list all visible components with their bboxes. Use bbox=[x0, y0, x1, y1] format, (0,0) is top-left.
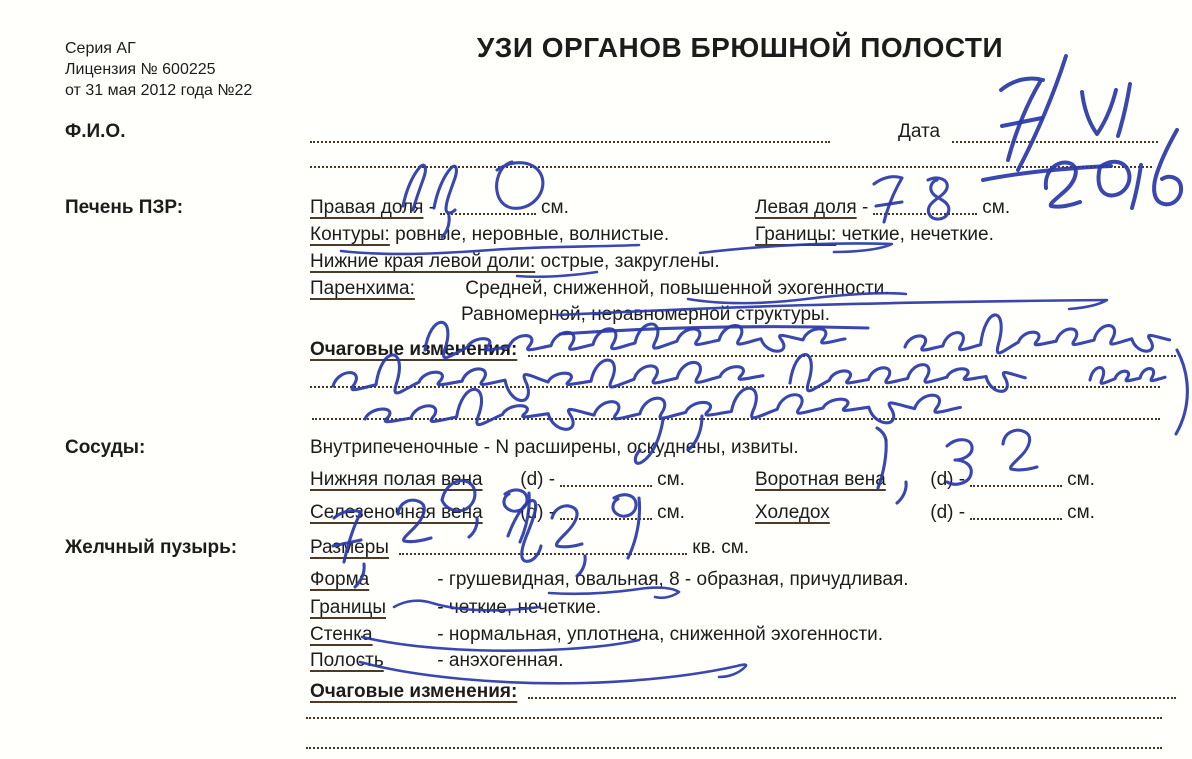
handwriting-date bbox=[983, 56, 1181, 208]
portal-fill bbox=[970, 470, 1062, 487]
choledoch-unit: см. bbox=[1067, 502, 1095, 523]
parenchyma-options-1: Средней, сниженной, повышенной эхогеннос… bbox=[465, 278, 889, 299]
gb-focal-fill-3 bbox=[306, 747, 1162, 749]
portal-vein-label: Воротная вена bbox=[755, 468, 925, 492]
field-gb-borders: Границы - четкие, нечеткие. bbox=[310, 596, 601, 620]
fio-label: Ф.И.О. bbox=[65, 120, 126, 144]
field-intrahepatic: Внутрипеченочные - N расширены, оскуднен… bbox=[310, 436, 799, 460]
right-lobe-label: Правая доля bbox=[310, 197, 423, 218]
contours-options: ровные, неровные, волнистые. bbox=[395, 224, 669, 245]
gb-shape-options: - грушевидная, овальная, 8 - образная, п… bbox=[437, 569, 908, 590]
parenchyma-label: Паренхима: bbox=[310, 277, 460, 301]
form-title: УЗИ ОРГАНОВ БРЮШНОЙ ПОЛОСТИ bbox=[440, 32, 1040, 64]
choledoch-label: Холедох bbox=[755, 501, 925, 525]
field-gb-shape: Форма - грушевидная, овальная, 8 - образ… bbox=[310, 568, 909, 592]
splenic-vein-label: Селезеночная вена bbox=[310, 501, 515, 525]
field-right-lobe: Правая доля -см. bbox=[310, 196, 569, 220]
choledoch-fill bbox=[970, 503, 1062, 520]
field-left-lobe: Левая доля -см. bbox=[755, 196, 1010, 220]
right-lobe-fill bbox=[440, 198, 536, 215]
license-date: от 31 мая 2012 года №22 bbox=[65, 80, 252, 101]
lower-edges-label: Нижние края левой доли: bbox=[310, 251, 535, 272]
gb-shape-label: Форма bbox=[310, 568, 432, 592]
gb-cavity-options: - анэхогенная. bbox=[437, 650, 563, 671]
gb-focal-fill-2 bbox=[306, 717, 1162, 719]
left-lobe-label: Левая доля bbox=[755, 197, 857, 218]
gb-size-fill bbox=[399, 538, 687, 555]
ivc-fill bbox=[560, 470, 652, 487]
gb-wall-options: - нормальная, уплотнена, сниженной эхоге… bbox=[437, 624, 883, 645]
field-contours: Контуры: ровные, неровные, волнистые. bbox=[310, 223, 669, 247]
field-portal-vein: Воротная вена (d) -см. bbox=[755, 468, 1095, 492]
scanned-ultrasound-form: Серия АГ Лицензия № 600225 от 31 мая 201… bbox=[0, 0, 1192, 759]
license-block: Серия АГ Лицензия № 600225 от 31 мая 201… bbox=[65, 38, 252, 101]
gb-cavity-label: Полость bbox=[310, 649, 432, 673]
gb-size-label: Размеры bbox=[310, 537, 389, 558]
liver-borders-options: четкие, нечеткие. bbox=[842, 224, 994, 245]
fio-fill-line-1 bbox=[310, 141, 830, 143]
left-lobe-dash: - bbox=[862, 197, 868, 218]
fio-fill-line-2 bbox=[310, 166, 1152, 168]
field-choledoch: Холедох (d) -см. bbox=[755, 501, 1095, 525]
left-lobe-fill bbox=[873, 198, 977, 215]
gb-focal-label: Очаговые изменения: bbox=[310, 681, 517, 702]
field-gb-size: Размеры кв. см. bbox=[310, 536, 749, 560]
ivc-unit: см. bbox=[657, 469, 685, 490]
field-liver-focal: Очаговые изменения: bbox=[310, 338, 1181, 362]
lower-edges-options: острые, закруглены. bbox=[541, 251, 720, 272]
liver-focal-label: Очаговые изменения: bbox=[310, 339, 517, 360]
portal-unit: см. bbox=[1067, 469, 1095, 490]
contours-label: Контуры: bbox=[310, 224, 390, 245]
field-gb-cavity: Полость - анэхогенная. bbox=[310, 649, 563, 673]
series-label: Серия АГ bbox=[65, 38, 252, 59]
right-lobe-dash: - bbox=[429, 197, 435, 218]
field-parenchyma: Паренхима: Средней, сниженной, повышенно… bbox=[310, 277, 890, 301]
choledoch-d-prefix: (d) - bbox=[930, 502, 965, 523]
field-gb-wall: Стенка - нормальная, уплотнена, сниженно… bbox=[310, 623, 883, 647]
field-ivc: Нижняя полая вена (d) -см. bbox=[310, 468, 685, 492]
field-liver-borders: Границы: четкие, нечеткие. bbox=[755, 223, 994, 247]
date-fill-line bbox=[952, 141, 1158, 143]
section-liver: Печень ПЗР: bbox=[65, 196, 183, 220]
left-lobe-unit: см. bbox=[982, 197, 1010, 218]
splenic-d-prefix: (d) - bbox=[520, 502, 555, 523]
section-gallbladder: Желчный пузырь: bbox=[65, 536, 237, 560]
date-label: Дата bbox=[898, 120, 940, 144]
field-splenic-vein: Селезеночная вена (d) -см. bbox=[310, 501, 685, 525]
liver-focal-fill-1 bbox=[528, 340, 1176, 357]
liver-focal-fill-3 bbox=[312, 418, 1160, 420]
splenic-unit: см. bbox=[657, 502, 685, 523]
ivc-label: Нижняя полая вена bbox=[310, 468, 515, 492]
parenchyma-options-2: Равномерной, неравномерной структуры. bbox=[461, 303, 830, 327]
right-lobe-unit: см. bbox=[541, 197, 569, 218]
ivc-d-prefix: (d) - bbox=[520, 469, 555, 490]
liver-borders-label: Границы: bbox=[755, 224, 836, 245]
field-lower-edges: Нижние края левой доли: острые, закругле… bbox=[310, 250, 720, 274]
gb-borders-label: Границы bbox=[310, 596, 432, 620]
gb-size-unit: кв. см. bbox=[692, 537, 749, 558]
gb-focal-fill-1 bbox=[528, 682, 1176, 699]
gb-borders-options: - четкие, нечеткие. bbox=[437, 597, 601, 618]
section-vessels: Сосуды: bbox=[65, 436, 145, 460]
liver-focal-fill-2 bbox=[310, 386, 1160, 388]
gb-wall-label: Стенка bbox=[310, 623, 432, 647]
license-number: Лицензия № 600225 bbox=[65, 59, 252, 80]
splenic-fill bbox=[560, 503, 652, 520]
field-gb-focal: Очаговые изменения: bbox=[310, 680, 1181, 704]
portal-d-prefix: (d) - bbox=[930, 469, 965, 490]
